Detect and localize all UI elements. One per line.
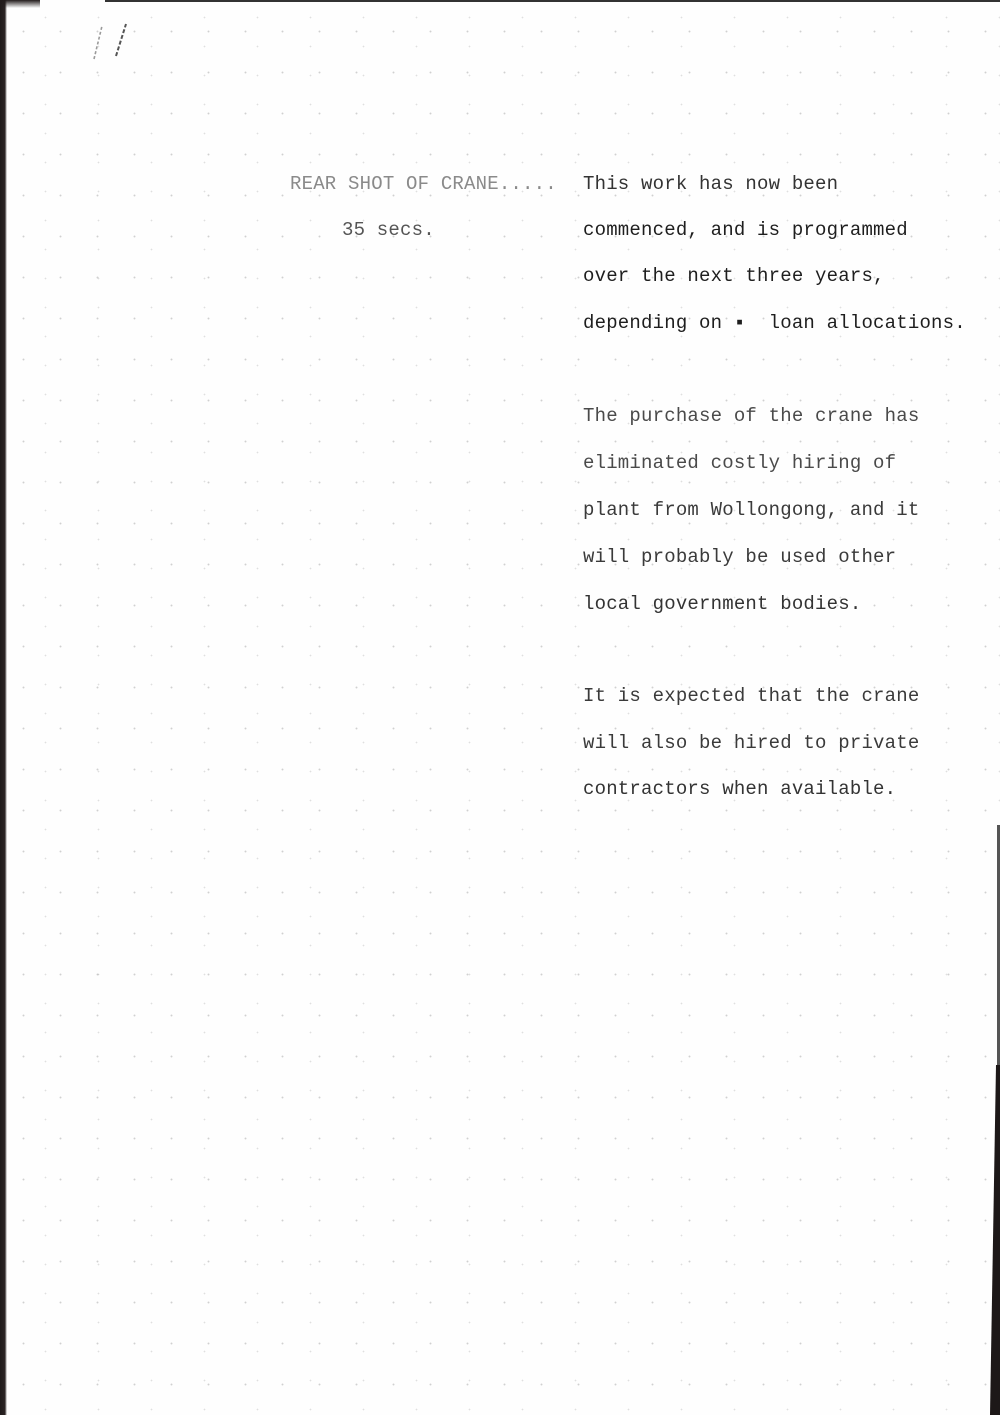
- scan-edge-top: [105, 0, 1000, 2]
- paragraph-2-line-3: plant from Wollongong, and it: [583, 498, 919, 522]
- scan-edge-left: [0, 0, 7, 1415]
- paragraph-1-line-1: This work has now been: [583, 172, 838, 196]
- shot-duration: 35 secs.: [342, 218, 435, 242]
- paragraph-2-line-5: local government bodies.: [583, 592, 861, 616]
- scan-edge-top-corner: [0, 0, 40, 8]
- pencil-mark-icon: [80, 18, 140, 63]
- shot-title: REAR SHOT OF CRANE.....: [290, 172, 557, 196]
- paragraph-2-line-1: The purchase of the crane has: [583, 404, 919, 428]
- scan-edge-right: [990, 1065, 1000, 1415]
- paragraph-3-line-1: It is expected that the crane: [583, 684, 919, 708]
- paragraph-3-line-2: will also be hired to private: [583, 731, 919, 755]
- paragraph-1-line-3: over the next three years,: [583, 264, 885, 288]
- document-page: REAR SHOT OF CRANE..... 35 secs. This wo…: [0, 0, 1000, 1415]
- paragraph-1-line-2: commenced, and is programmed: [583, 218, 908, 242]
- paragraph-3-line-3: contractors when available.: [583, 777, 896, 801]
- paragraph-2-line-2: eliminated costly hiring of: [583, 451, 896, 475]
- paragraph-2-line-4: will probably be used other: [583, 545, 896, 569]
- paragraph-1-line-4: depending on ▪ loan allocations.: [583, 311, 966, 335]
